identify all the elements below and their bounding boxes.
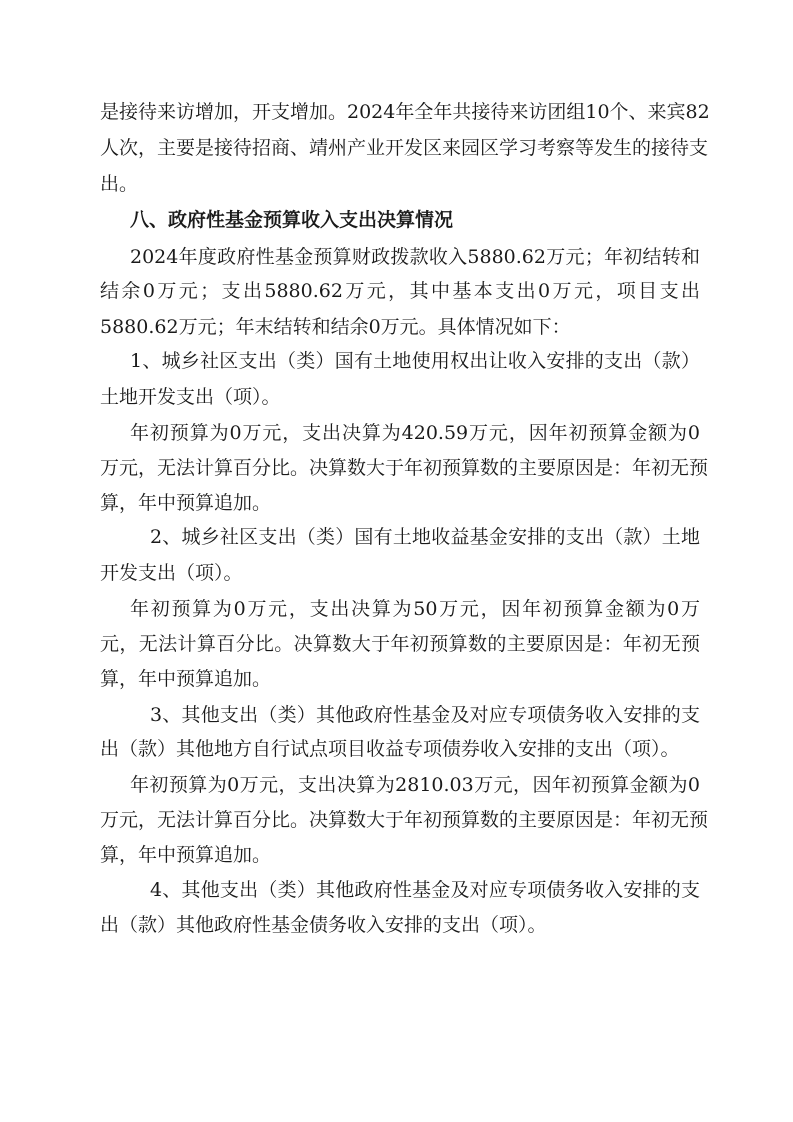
item-title-line: 开发支出（项）。 bbox=[100, 558, 700, 588]
item-detail-line: 年初预算为0万元，支出决算为420.59万元，因年初预算金额为0 bbox=[130, 418, 700, 448]
item-detail-line: 算，年中预算追加。 bbox=[100, 840, 700, 870]
item-detail-line: 算，年中预算追加。 bbox=[100, 664, 700, 694]
document-page: 是接待来访增加，开支增加。2024年全年共接待来访团组10个、来宾82 人次，主… bbox=[0, 0, 793, 1122]
item-detail-line: 算，年中预算追加。 bbox=[100, 488, 700, 518]
paragraph-line: 2024年度政府性基金预算财政拨款收入5880.62万元；年初结转和 bbox=[130, 242, 700, 272]
item-detail-line: 年初预算为0万元，支出决算为50万元，因年初预算金额为0万 bbox=[130, 594, 700, 624]
item-title-line: 3、其他支出（类）其他政府性基金及对应专项债务收入安排的支 bbox=[150, 700, 700, 730]
paragraph-line: 人次，主要是接待招商、靖州产业开发区来园区学习考察等发生的接待支 bbox=[100, 133, 700, 163]
item-title-line: 出（款）其他政府性基金债务收入安排的支出（项）。 bbox=[100, 910, 700, 940]
item-title-line: 4、其他支出（类）其他政府性基金及对应专项债务收入安排的支 bbox=[150, 875, 700, 905]
paragraph-line: 结余0万元；支出5880.62万元，其中基本支出0万元，项目支出 bbox=[100, 276, 700, 306]
item-detail-line: 元，无法计算百分比。决算数大于年初预算数的主要原因是：年初无预 bbox=[100, 629, 700, 659]
paragraph-line: 出。 bbox=[100, 169, 700, 199]
item-detail-line: 万元，无法计算百分比。决算数大于年初预算数的主要原因是：年初无预 bbox=[100, 805, 700, 835]
section-heading: 八、政府性基金预算收入支出决算情况 bbox=[130, 205, 700, 235]
item-title-line: 土地开发支出（项）。 bbox=[100, 382, 700, 412]
item-detail-line: 万元，无法计算百分比。决算数大于年初预算数的主要原因是：年初无预 bbox=[100, 453, 700, 483]
item-title-line: 2、城乡社区支出（类）国有土地收益基金安排的支出（款）土地 bbox=[150, 522, 700, 552]
item-title-line: 出（款）其他地方自行试点项目收益专项债券收入安排的支出（项）。 bbox=[100, 734, 700, 764]
item-title-line: 1、城乡社区支出（类）国有土地使用权出让收入安排的支出（款） bbox=[130, 346, 700, 376]
paragraph-line: 是接待来访增加，开支增加。2024年全年共接待来访团组10个、来宾82 bbox=[100, 97, 700, 127]
item-detail-line: 年初预算为0万元，支出决算为2810.03万元，因年初预算金额为0 bbox=[130, 770, 700, 800]
paragraph-line: 5880.62万元；年末结转和结余0万元。具体情况如下： bbox=[100, 312, 700, 342]
